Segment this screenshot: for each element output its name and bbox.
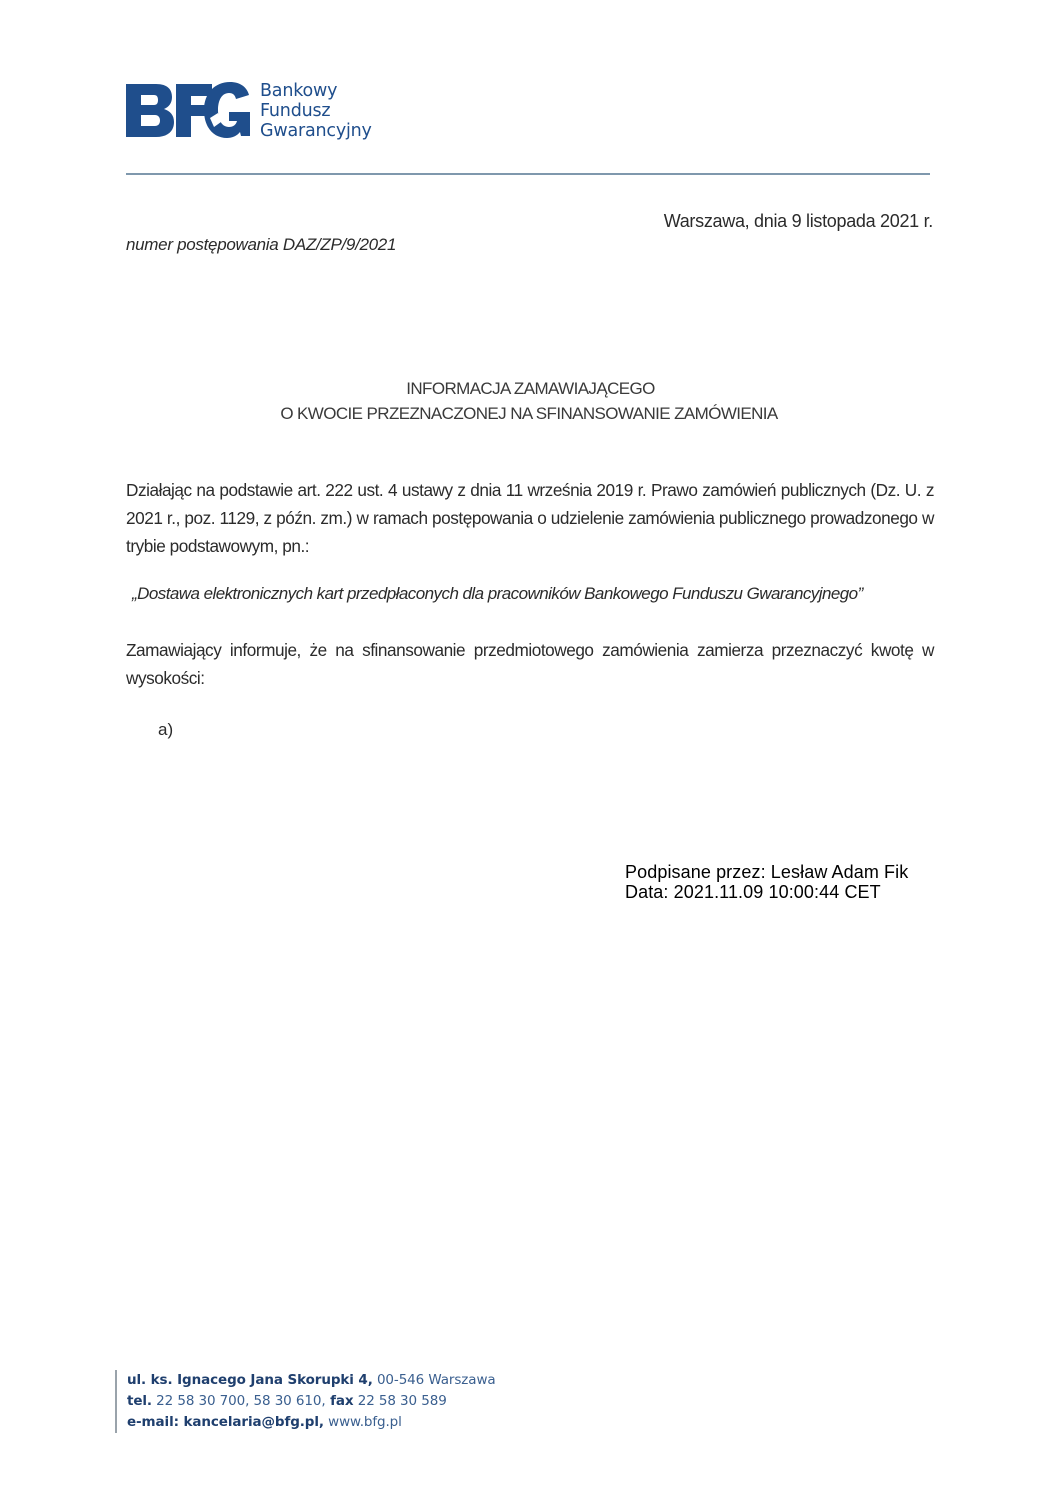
website-link[interactable]: www.bfg.pl	[324, 1414, 402, 1430]
address-city: 00-546 Warszawa	[373, 1372, 496, 1388]
logo-line-1: Bankowy	[260, 81, 372, 101]
footer-phone: tel. 22 58 30 700, 58 30 610, fax 22 58 …	[127, 1391, 496, 1412]
logo-line-2: Fundusz	[260, 101, 372, 121]
bfg-logo-text: Bankowy Fundusz Gwarancyjny	[260, 81, 372, 141]
bfg-letters-icon	[126, 80, 250, 140]
title-line-2: O KWOCIE PRZEZNACZONEJ NA SFINANSOWANIE …	[0, 401, 1058, 426]
tel-numbers: 22 58 30 700, 58 30 610,	[152, 1393, 326, 1409]
signed-by: Podpisane przez: Lesław Adam Fik	[625, 862, 908, 882]
tel-label: tel.	[127, 1393, 152, 1409]
fax-number: 22 58 30 589	[354, 1393, 447, 1409]
list-item-a: a)	[158, 720, 173, 740]
document-title: INFORMACJA ZAMAWIAJĄCEGO O KWOCIE PRZEZN…	[0, 376, 1058, 426]
procurement-subject: „Dostawa elektronicznych kart przedpłaco…	[132, 584, 863, 604]
footer-contact: ul. ks. Ignacego Jana Skorupki 4, 00-546…	[115, 1370, 496, 1433]
legal-basis-paragraph: Działając na podstawie art. 222 ust. 4 u…	[126, 476, 934, 560]
header-divider	[126, 173, 930, 175]
logo-line-3: Gwarancyjny	[260, 121, 372, 141]
bfg-logo-mark	[126, 80, 250, 140]
footer-address: ul. ks. Ignacego Jana Skorupki 4, 00-546…	[127, 1370, 496, 1391]
digital-signature: Podpisane przez: Lesław Adam Fik Data: 2…	[625, 862, 908, 902]
address-street: ul. ks. Ignacego Jana Skorupki 4,	[127, 1372, 373, 1388]
footer-email: e-mail: kancelaria@bfg.pl, www.bfg.pl	[127, 1412, 496, 1433]
email-link[interactable]: e-mail: kancelaria@bfg.pl,	[127, 1414, 324, 1430]
title-line-1: INFORMACJA ZAMAWIAJĄCEGO	[0, 376, 1058, 401]
procedure-reference: numer postępowania DAZ/ZP/9/2021	[126, 235, 396, 255]
place-and-date: Warszawa, dnia 9 listopada 2021 r.	[664, 211, 933, 232]
bfg-logo: Bankowy Fundusz Gwarancyjny	[126, 80, 372, 141]
amount-statement-paragraph: Zamawiający informuje, że na sfinansowan…	[126, 636, 934, 692]
signature-date: Data: 2021.11.09 10:00:44 CET	[625, 882, 908, 902]
fax-label: fax	[326, 1393, 354, 1409]
